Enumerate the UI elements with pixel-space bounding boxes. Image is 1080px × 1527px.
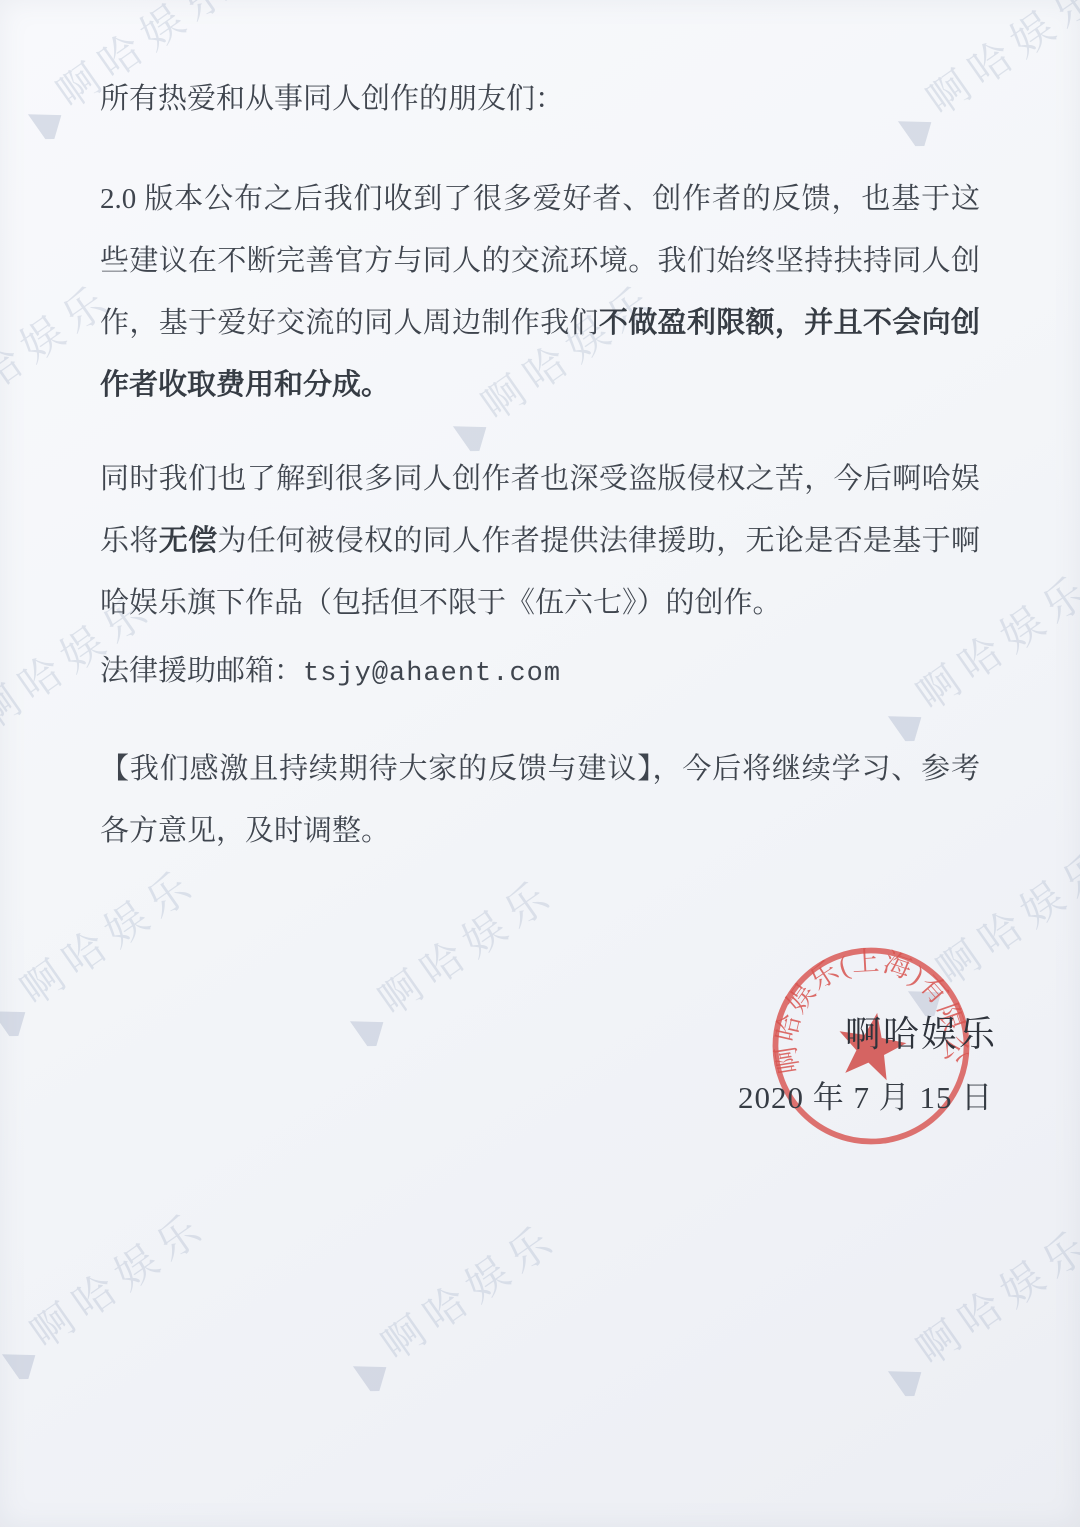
aha-logo-icon	[887, 1355, 930, 1401]
watermark: 啊哈娱乐	[873, 1211, 1080, 1398]
paragraph-legal-aid: 同时我们也了解到很多同人创作者也深受盗版侵权之苦，今后啊哈娱 乐将无偿为任何被侵…	[100, 448, 980, 702]
aha-logo-icon	[0, 995, 34, 1041]
text-segment-bold: 无偿	[159, 525, 218, 557]
watermark: 啊哈娱乐	[335, 861, 567, 1048]
watermark-text: 啊哈娱乐	[903, 1211, 1080, 1377]
aha-logo-icon	[349, 1005, 392, 1051]
text-line: 哈娱乐旗下作品（包括但不限于《伍六七》）的创作。	[100, 572, 980, 634]
text-line: 各方意见，及时调整。	[100, 800, 980, 862]
signature-name: 啊哈娱乐	[845, 1012, 997, 1056]
text-segment: 2.0 版本公布之后我们收到了很多爱好者、创作者的反馈，也基于这	[100, 183, 980, 215]
greeting-line: 所有热爱和从事同人创作的朋友们：	[100, 68, 980, 130]
text-line: 【我们感激且持续期待大家的反馈与建议】，今后将继续学习、参考	[100, 738, 980, 800]
text-segment: 作，基于爱好交流的同人周边制作我们	[100, 307, 599, 339]
email-label: 法律援助邮箱：	[100, 655, 303, 687]
text-line: 些建议在不断完善官方与同人的交流环境。我们始终坚持扶持同人创	[100, 230, 980, 292]
paragraph-feedback: 2.0 版本公布之后我们收到了很多爱好者、创作者的反馈，也基于这 些建议在不断完…	[100, 168, 980, 416]
text-line: 作者收取费用和分成。	[100, 354, 980, 416]
text-line: 2.0 版本公布之后我们收到了很多爱好者、创作者的反馈，也基于这	[100, 168, 980, 230]
watermark-text: 啊哈娱乐	[365, 861, 567, 1027]
aha-logo-icon	[27, 98, 70, 144]
paragraph-thanks: 【我们感激且持续期待大家的反馈与建议】，今后将继续学习、参考 各方意见，及时调整…	[100, 738, 980, 862]
scanned-letter-page: 啊哈娱乐 啊哈娱乐 啊哈娱乐 啊哈娱乐 啊哈娱乐 啊哈娱乐 啊哈娱乐 啊哈娱乐 …	[0, 0, 1080, 1527]
aha-logo-icon	[1, 1338, 44, 1384]
legal-aid-email-line: 法律援助邮箱：tsjy@ahaent.com	[100, 640, 980, 702]
text-segment-bold: 不做盈利限额，并且不会向创	[599, 307, 980, 339]
text-segment: 为任何被侵权的同人作者提供法律援助，无论是否是基于啊	[217, 525, 980, 557]
text-line: 乐将无偿为任何被侵权的同人作者提供法律援助，无论是否是基于啊	[100, 510, 980, 572]
watermark: 啊哈娱乐	[338, 1206, 570, 1393]
watermark-text: 啊哈娱乐	[17, 1194, 219, 1360]
text-line: 同时我们也了解到很多同人创作者也深受盗版侵权之苦，今后啊哈娱	[100, 448, 980, 510]
watermark-text: 啊哈娱乐	[7, 851, 209, 1017]
aha-logo-icon	[352, 1350, 395, 1396]
text-segment: 些建议在不断完善官方与同人的交流环境。我们始终坚持扶持同人创	[100, 245, 980, 277]
text-segment: 同时我们也了解到很多同人创作者也深受盗版侵权之苦，今后啊哈娱	[100, 463, 980, 495]
text-segment: 【我们感激且持续期待大家的反馈与建议】，今后将继续学习、参考	[100, 753, 980, 785]
text-segment: 各方意见，及时调整。	[100, 815, 390, 847]
watermark: 啊哈娱乐	[0, 851, 208, 1038]
signature-date: 2020 年 7 月 15 日	[738, 1078, 993, 1118]
text-segment-bold: 作者收取费用和分成。	[100, 369, 390, 401]
watermark-text: 啊哈娱乐	[368, 1206, 570, 1372]
text-line: 作，基于爱好交流的同人周边制作我们不做盈利限额，并且不会向创	[100, 292, 980, 354]
text-segment: 哈娱乐旗下作品（包括但不限于《伍六七》）的创作。	[100, 587, 782, 619]
email-address: tsjy@ahaent.com	[303, 659, 561, 689]
text-segment: 乐将	[100, 525, 159, 557]
watermark: 啊哈娱乐	[0, 1194, 218, 1381]
